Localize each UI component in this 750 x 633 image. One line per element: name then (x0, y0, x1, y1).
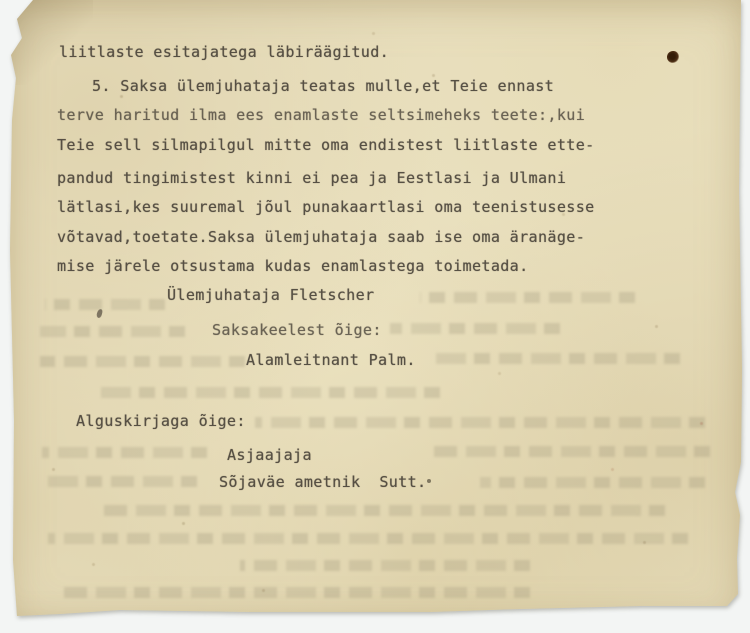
body-line-3: terve haritud ilma ees enamlaste seltsim… (57, 107, 585, 124)
stray-ink-mark (96, 309, 103, 319)
body-line-5: pandud tingimistest kinni ei pea ja Eest… (57, 170, 566, 187)
body-line-8: mise järele otsustama kudas enamlastega … (57, 258, 529, 275)
body-line-4: Teie sell silmapilgul mitte oma endistes… (57, 137, 595, 154)
bleedthrough-line (430, 353, 680, 364)
paper-wrapper: liitlaste esitajatega läbiräägitud. 5. S… (0, 0, 750, 633)
clerk-title-line: Asjaajaja (227, 447, 312, 464)
bleedthrough-line (60, 587, 530, 598)
bleedthrough-line (48, 533, 688, 544)
scan-background: { "colors": { "background": "#f3f5f4", "… (0, 0, 750, 633)
bleedthrough-line (45, 299, 165, 310)
clerk-signature-line: Sõjaväe ametnik Sutt. (219, 474, 426, 491)
body-line-6: lätlasi,kes suuremal jõul punakaartlasi … (57, 199, 595, 216)
bleedthrough-line (95, 505, 665, 516)
bleedthrough-line (42, 476, 197, 487)
bleedthrough-line (40, 356, 245, 367)
body-line-1: liitlaste esitajatega läbiräägitud. (59, 44, 389, 61)
body-line-7: võtavad,toetate.Saksa ülemjuhataja saab … (57, 229, 585, 246)
translator-signature-line: Alamleitnant Palm. (246, 352, 416, 369)
body-line-2: 5. Saksa ülemjuhataja teatas mulle,et Te… (92, 78, 554, 95)
original-certification-label: Alguskirjaga õige: (76, 413, 246, 430)
stray-ink-dot (427, 479, 431, 483)
bleedthrough-line (390, 323, 560, 334)
paper-speckles (0, 0, 3, 3)
bleedthrough-line (255, 417, 705, 428)
bleedthrough-line (40, 326, 185, 337)
bleedthrough-line (430, 446, 710, 457)
bleedthrough-line (420, 292, 635, 303)
translation-certification-label: Saksakeelest õige: (212, 322, 382, 339)
paper-sheet: liitlaste esitajatega läbiräägitud. 5. S… (0, 0, 750, 633)
ink-spot (667, 51, 679, 63)
bleedthrough-line (42, 447, 207, 458)
bleedthrough-line (100, 387, 440, 398)
commander-signature-line: Ülemjuhataja Fletscher (167, 287, 374, 304)
bleedthrough-line (240, 560, 530, 571)
bleedthrough-line (480, 477, 705, 488)
